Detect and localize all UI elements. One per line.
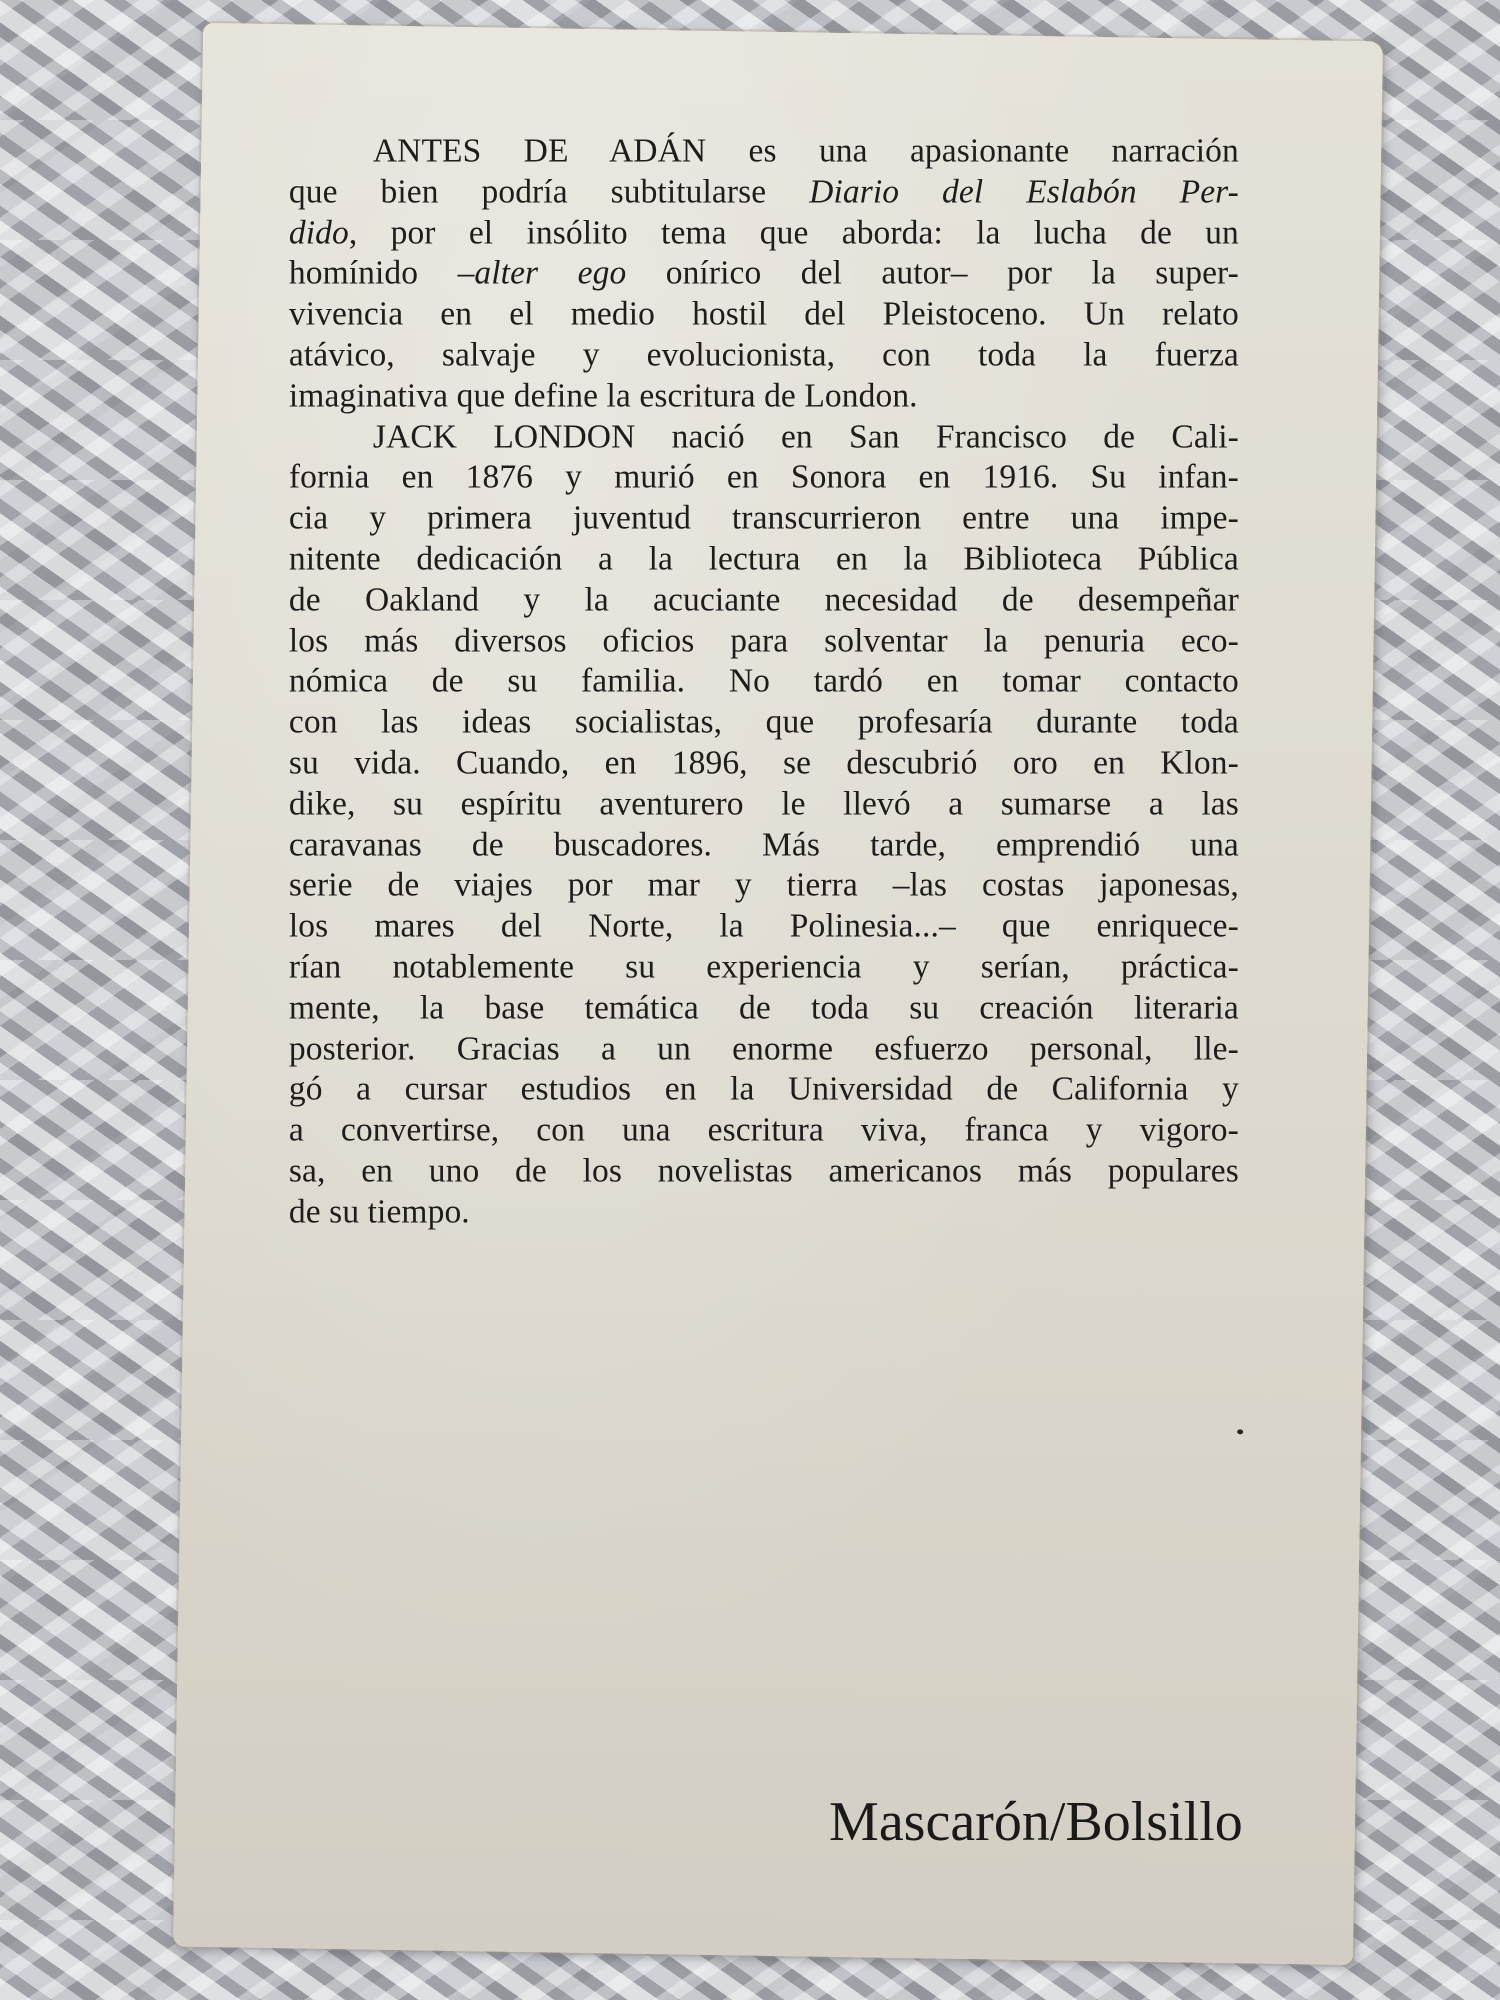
text-line: nómica de su familia. No tardó en tomar … (289, 662, 1239, 703)
text-line: serie de viajes por mar y tierra –las co… (289, 866, 1239, 907)
text-line: ANTES DE ADÁN es una apasionante narraci… (289, 132, 1239, 173)
text-line: vivencia en el medio hostil del Pleistoc… (289, 295, 1239, 336)
text-segment: ANTES DE ADÁN es una apasionante narraci… (373, 133, 1239, 170)
text-segment: los mares del Norte, la Polinesia...– qu… (289, 908, 1239, 945)
text-segment: nitente dedicación a la lectura en la Bi… (289, 541, 1239, 578)
text-line: JACK LONDON nació en San Francisco de Ca… (289, 417, 1239, 458)
text-segment: de Oakland y la acuciante necesidad de d… (289, 582, 1239, 619)
text-segment: posterior. Gracias a un enorme esfuerzo … (289, 1030, 1239, 1067)
text-line: los más diversos oficios para solventar … (289, 621, 1239, 662)
text-line: dido, por el insólito tema que aborda: l… (289, 213, 1239, 254)
paper-speck (1237, 1429, 1243, 1434)
text-line: sa, en uno de los novelistas americanos … (289, 1152, 1239, 1193)
publisher-imprint: Mascarón/Bolsillo (829, 1790, 1243, 1854)
text-line: cia y primera juventud transcurrieron en… (289, 499, 1239, 540)
text-segment: los más diversos oficios para solventar … (289, 622, 1239, 659)
text-line: posterior. Gracias a un enorme esfuerzo … (289, 1029, 1239, 1070)
text-segment: sa, en uno de los novelistas americanos … (289, 1153, 1239, 1190)
text-segment: homínido (289, 255, 458, 292)
text-line: de su tiempo. (289, 1192, 1239, 1233)
text-segment: imaginativa que define la escritura de L… (289, 378, 918, 415)
text-segment: mente, la base temática de toda su creac… (289, 989, 1239, 1026)
text-segment: onírico del autor– por la super- (626, 255, 1239, 292)
synopsis-text: ANTES DE ADÁN es una apasionante narraci… (289, 132, 1239, 1234)
text-segment: JACK LONDON nació en San Francisco de Ca… (373, 418, 1239, 455)
text-segment: fornia en 1876 y murió en Sonora en 1916… (289, 459, 1239, 496)
text-line: caravanas de buscadores. Más tarde, empr… (289, 825, 1239, 866)
text-line: su vida. Cuando, en 1896, se descubrió o… (289, 744, 1239, 785)
text-line: gó a cursar estudios en la Universidad d… (289, 1070, 1239, 1111)
text-segment: con las ideas socialistas, que profesarí… (289, 704, 1239, 741)
text-segment: de su tiempo. (289, 1193, 470, 1230)
text-segment: caravanas de buscadores. Más tarde, empr… (289, 826, 1239, 863)
text-line: de Oakland y la acuciante necesidad de d… (289, 581, 1239, 622)
text-segment: que bien podría subtitularse (289, 174, 809, 211)
text-segment: nómica de su familia. No tardó en tomar … (289, 663, 1239, 700)
text-line: rían notablemente su experiencia y sería… (289, 948, 1239, 989)
text-segment: cia y primera juventud transcurrieron en… (289, 500, 1239, 537)
text-line: homínido –alter ego onírico del autor– p… (289, 254, 1239, 295)
text-line: imaginativa que define la escritura de L… (289, 377, 1239, 418)
text-line: atávico, salvaje y evolucionista, con to… (289, 336, 1239, 377)
text-line: los mares del Norte, la Polinesia...– qu… (289, 907, 1239, 948)
text-line: dike, su espíritu aventurero le llevó a … (289, 784, 1239, 825)
text-segment: dike, su espíritu aventurero le llevó a … (289, 785, 1239, 822)
text-segment: a convertirse, con una escritura viva, f… (289, 1112, 1239, 1149)
text-line: fornia en 1876 y murió en Sonora en 1916… (289, 458, 1239, 499)
text-segment: vivencia en el medio hostil del Pleistoc… (289, 296, 1239, 333)
italic-text: –alter ego (458, 255, 627, 292)
text-line: nitente dedicación a la lectura en la Bi… (289, 540, 1239, 581)
text-line: que bien podría subtitularse Diario del … (289, 173, 1239, 214)
italic-text: dido (289, 214, 349, 251)
text-line: con las ideas socialistas, que profesarí… (289, 703, 1239, 744)
text-segment: su vida. Cuando, en 1896, se descubrió o… (289, 745, 1239, 782)
text-segment: serie de viajes por mar y tierra –las co… (289, 867, 1239, 904)
text-line: mente, la base temática de toda su creac… (289, 988, 1239, 1029)
text-segment: gó a cursar estudios en la Universidad d… (289, 1071, 1239, 1108)
text-segment: , por el insólito tema que aborda: la lu… (349, 214, 1239, 251)
text-segment: rían notablemente su experiencia y sería… (289, 949, 1239, 986)
italic-text: Diario del Eslabón Per- (809, 174, 1239, 211)
text-segment: atávico, salvaje y evolucionista, con to… (289, 337, 1239, 374)
book-back-cover: ANTES DE ADÁN es una apasionante narraci… (173, 23, 1383, 1965)
text-line: a convertirse, con una escritura viva, f… (289, 1111, 1239, 1152)
